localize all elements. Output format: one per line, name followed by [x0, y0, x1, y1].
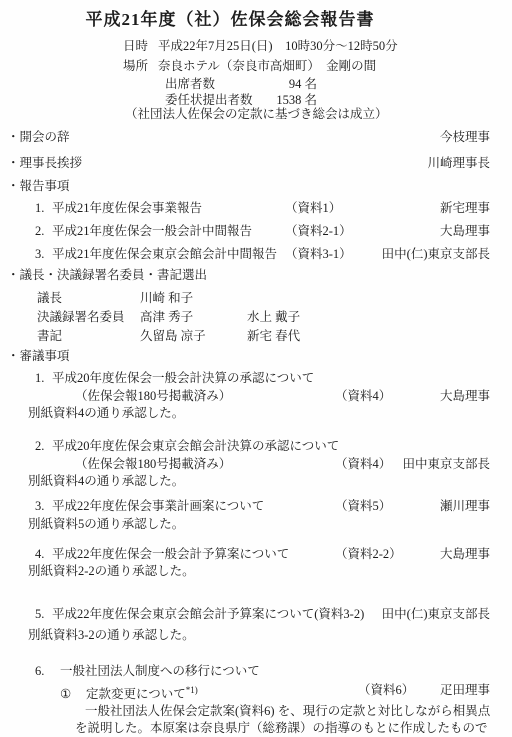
election-heading-row: ・議長・決議録署名委員・書記選出: [0, 266, 512, 284]
opening-label: ・開会の辞: [7, 128, 70, 146]
deliberation-heading-row: ・審議事項: [0, 347, 512, 365]
deliberation-item-4-result: 別紙資料2-2の通り承認した。: [0, 562, 512, 580]
delib-2-doc: （資料4）: [335, 455, 391, 473]
datetime-label: 日時: [123, 37, 148, 55]
report-2-presenter: 大島理事: [440, 222, 490, 240]
reports-heading-row: ・報告事項: [0, 177, 512, 195]
delib-4-number: 4.: [35, 545, 52, 563]
delib-3-number: 3.: [35, 497, 52, 515]
validity-note-row: （社団法人佐保会の定款に基づき総会は成立）: [0, 105, 512, 123]
deliberation-item-2-detail: （佐保会報180号掲載済み） （資料4） 田中東京支部長: [0, 455, 512, 473]
delib-1-doc: （資料4）: [335, 387, 391, 405]
delib-2-sub: （佐保会報180号掲載済み）: [75, 455, 231, 473]
election-heading: ・議長・決議録署名委員・書記選出: [7, 266, 207, 284]
delib-4-doc: （資料2-2）: [335, 545, 402, 563]
delib-6-body-line-2: を説明した。本原案は奈良県庁（総務課）の指導のもとに作成したもので: [75, 719, 488, 737]
delib-5-number: 5.: [35, 605, 52, 623]
document-page: 平成21年度（社）佐保会総会報告書 日時 平成22年7月25日(日) 10時30…: [0, 0, 512, 737]
validity-note: （社団法人佐保会の定款に基づき総会は成立）: [125, 105, 388, 123]
meeting-datetime-row: 日時 平成22年7月25日(日) 10時30分～12時50分: [0, 37, 512, 55]
datetime-value: 平成22年7月25日(日) 10時30分～12時50分: [158, 37, 398, 55]
deliberation-item-4-title: 4.平成22年度佐保会一般会計予算案について （資料2-2） 大島理事: [0, 545, 512, 563]
delib-2-title: 平成20年度佐保会東京会館会計決算の承認について: [52, 439, 339, 453]
footnote-reference: *1): [186, 685, 198, 695]
deliberation-item-2-result: 別紙資料4の通り承認した。: [0, 472, 512, 490]
deliberation-item-6-title: 6.一般社団法人制度への移行について: [0, 662, 512, 680]
deliberation-item-5-title: 5.平成22年度佐保会東京会館会計予算案について(資料3-2) 田中(仁)東京支…: [0, 605, 512, 623]
reports-heading: ・報告事項: [7, 177, 70, 195]
deliberation-heading: ・審議事項: [7, 347, 70, 365]
delib-3-title: 平成22年度佐保会事業計画案について: [52, 499, 264, 513]
delib-1-sub: （佐保会報180号掲載済み）: [75, 387, 231, 405]
delib-5-result: 別紙資料3-2の通り承認した。: [28, 626, 195, 644]
opening-row: ・開会の辞 今枝理事: [0, 128, 512, 146]
delib-6-number: 6.: [35, 662, 60, 680]
election-row-chair: 議長 川崎 和子: [0, 289, 512, 307]
delib-6-sub1-doc: （資料6）: [358, 681, 414, 699]
delib-1-presenter: 大島理事: [440, 387, 490, 405]
greeting-row: ・理事長挨拶 川崎理事長: [0, 154, 512, 172]
report-1-presenter: 新宅理事: [440, 199, 490, 217]
place-label: 場所: [123, 57, 148, 75]
report-item-1: 1.平成21年度佐保会事業報告 （資料1） 新宅理事: [0, 199, 512, 217]
delib-4-result: 別紙資料2-2の通り承認した。: [28, 562, 195, 580]
chair-name: 川崎 和子: [140, 289, 193, 307]
report-item-3: 3.平成21年度佐保会東京会館会計中間報告 （資料3-1） 田中(仁)東京支部長: [0, 245, 512, 263]
delib-5-presenter: 田中(仁)東京支部長: [382, 605, 490, 623]
delib-4-title: 平成22年度佐保会一般会計予算案について: [52, 547, 289, 561]
chair-role: 議長: [37, 289, 62, 307]
report-item-2: 2.平成21年度佐保会一般会計中間報告 （資料2-1） 大島理事: [0, 222, 512, 240]
deliberation-item-1-result: 別紙資料4の通り承認した。: [0, 404, 512, 422]
delib-6-sub1-presenter: 疋田理事: [440, 681, 490, 699]
delib-1-title: 平成20年度佐保会一般会計決算の承認について: [52, 371, 314, 385]
signer-name-2: 水上 戴子: [247, 308, 300, 326]
report-2-number: 2.: [35, 222, 52, 240]
report-1-text: 平成21年度佐保会事業報告: [52, 201, 202, 215]
deliberation-item-6-body-2: を説明した。本原案は奈良県庁（総務課）の指導のもとに作成したもので: [0, 719, 512, 737]
opening-presenter: 今枝理事: [440, 128, 490, 146]
report-1-doc: （資料1）: [285, 199, 341, 217]
election-row-secretaries: 書記 久留島 凉子 新宅 春代: [0, 327, 512, 345]
report-3-presenter: 田中(仁)東京支部長: [382, 245, 490, 263]
deliberation-item-3-title: 3.平成22年度佐保会事業計画案について （資料5） 瀬川理事: [0, 497, 512, 515]
delib-3-doc: （資料5）: [335, 497, 391, 515]
circled-one-marker: ①: [60, 685, 86, 703]
report-3-text: 平成21年度佐保会東京会館会計中間報告: [52, 247, 277, 261]
election-row-signers: 決議録署名委員 高津 秀子 水上 戴子: [0, 308, 512, 326]
delib-4-presenter: 大島理事: [440, 545, 490, 563]
delib-2-number: 2.: [35, 437, 52, 455]
report-1-number: 1.: [35, 199, 52, 217]
deliberation-item-5-result: 別紙資料3-2の通り承認した。: [0, 626, 512, 644]
delib-5-title: 平成22年度佐保会東京会館会計予算案について: [52, 607, 314, 621]
signer-name-1: 高津 秀子: [140, 308, 193, 326]
report-3-number: 3.: [35, 245, 52, 263]
page-title: 平成21年度（社）佐保会総会報告書: [0, 8, 460, 32]
secretary-name-1: 久留島 凉子: [140, 327, 206, 345]
delib-6-title: 一般社団法人制度への移行について: [60, 664, 260, 678]
delib-3-presenter: 瀬川理事: [440, 497, 490, 515]
deliberation-item-6-body-1: 一般社団法人佐保会定款案(資料6) を、現行の定款と対比しながら相異点: [0, 702, 512, 720]
delib-2-presenter: 田中東京支部長: [402, 455, 490, 473]
delib-1-number: 1.: [35, 369, 52, 387]
deliberation-item-3-result: 別紙資料5の通り承認した。: [0, 515, 512, 533]
report-3-doc: （資料3-1）: [285, 245, 352, 263]
delib-3-result: 別紙資料5の通り承認した。: [28, 515, 184, 533]
signers-role: 決議録署名委員: [37, 308, 125, 326]
meeting-place-row: 場所 奈良ホテル（奈良市高畑町） 金剛の間: [0, 57, 512, 75]
delib-2-result: 別紙資料4の通り承認した。: [28, 472, 184, 490]
report-2-text: 平成21年度佐保会一般会計中間報告: [52, 224, 252, 238]
secretary-name-2: 新宅 春代: [247, 327, 300, 345]
secretaries-role: 書記: [37, 327, 62, 345]
place-value: 奈良ホテル（奈良市高畑町） 金剛の間: [158, 57, 376, 75]
delib-6-body-line-1: 一般社団法人佐保会定款案(資料6) を、現行の定款と対比しながら相異点: [85, 702, 490, 720]
greeting-label: ・理事長挨拶: [7, 154, 82, 172]
deliberation-item-2-title: 2.平成20年度佐保会東京会館会計決算の承認について: [0, 437, 512, 455]
deliberation-item-1-detail: （佐保会報180号掲載済み） （資料4） 大島理事: [0, 387, 512, 405]
deliberation-item-1-title: 1.平成20年度佐保会一般会計決算の承認について: [0, 369, 512, 387]
delib-1-result: 別紙資料4の通り承認した。: [28, 404, 184, 422]
greeting-presenter: 川崎理事長: [427, 154, 490, 172]
delib-6-sub1-title: 定款変更について: [86, 687, 186, 701]
deliberation-item-6-sub1: ①定款変更について*1) （資料6） 疋田理事: [0, 681, 512, 699]
report-2-doc: （資料2-1）: [285, 222, 352, 240]
delib-5-doc: (資料3-2): [314, 607, 364, 621]
